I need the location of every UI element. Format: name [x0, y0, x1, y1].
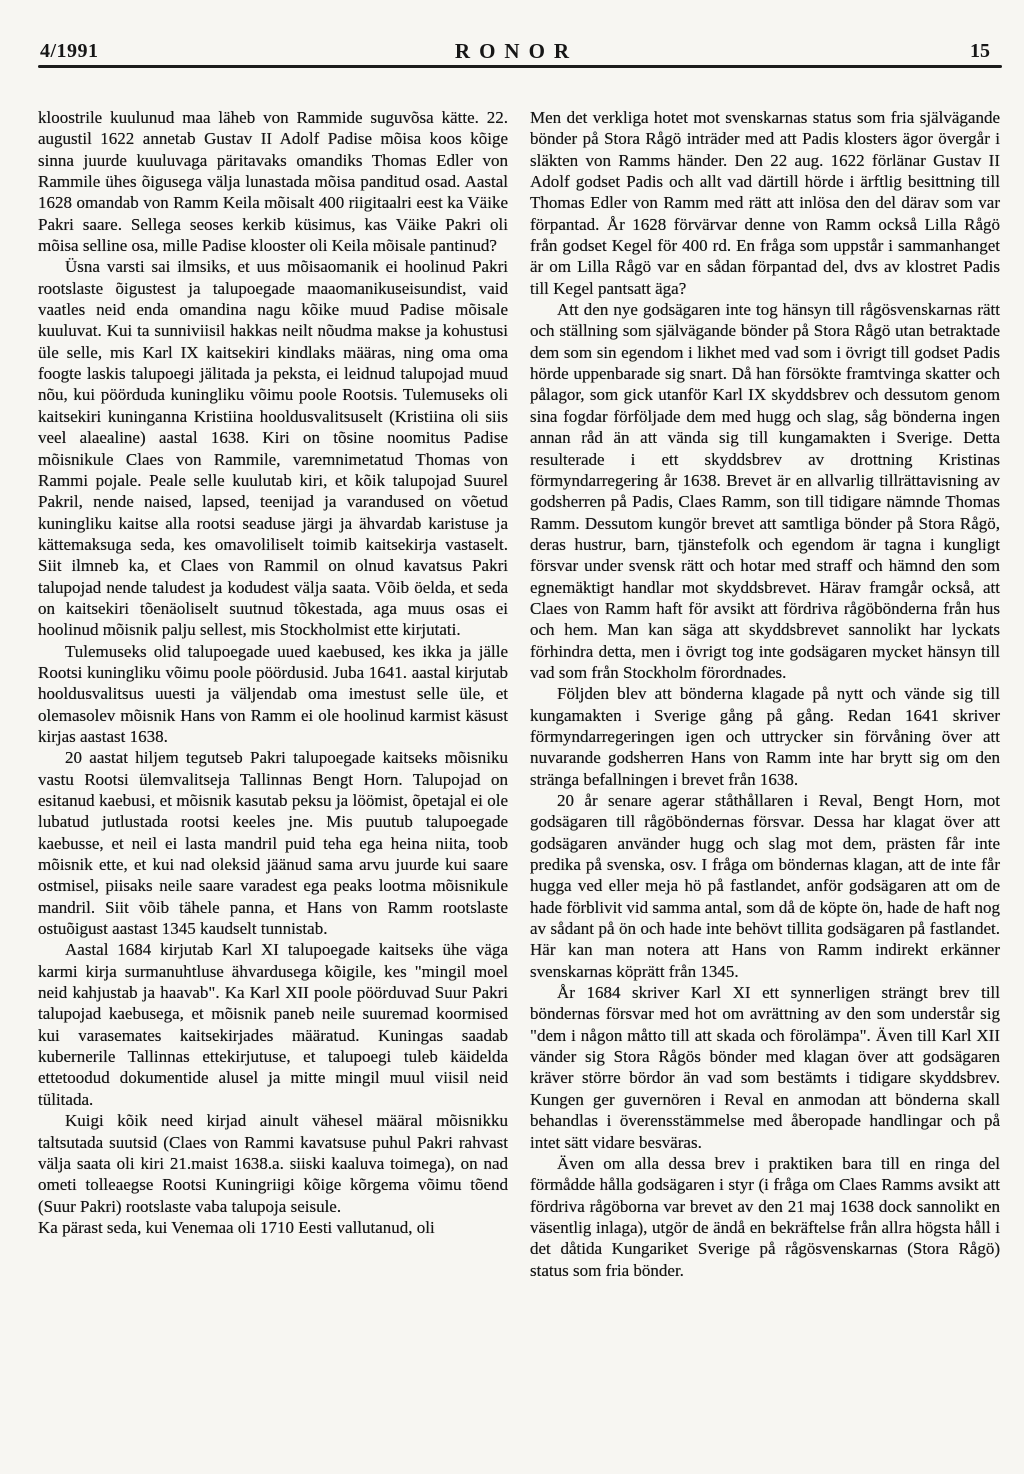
page-header: 4/1991 RONOR 15 — [0, 0, 1024, 70]
paragraph: Även om alla dessa brev i praktiken bara… — [530, 1153, 1000, 1281]
paragraph: Üsna varsti sai ilmsiks, et uus mõisaoma… — [38, 256, 508, 640]
right-column-swedish: Men det verkliga hotet mot svenskarnas s… — [530, 107, 1000, 1281]
paragraph: kloostrile kuulunud maa läheb von Rammid… — [38, 107, 508, 256]
paragraph: Att den nye godsägaren inte tog hänsyn t… — [530, 299, 1000, 683]
scanned-journal-page: 4/1991 RONOR 15 kloostrile kuulunud maa … — [0, 0, 1024, 1474]
journal-title: RONOR — [0, 39, 1024, 64]
paragraph: Kuigi kõik need kirjad ainult vähesel mä… — [38, 1110, 508, 1217]
paragraph: 20 aastat hiljem tegutseb Pakri talupoeg… — [38, 747, 508, 939]
paragraph: År 1684 skriver Karl XI ett synnerligen … — [530, 982, 1000, 1153]
page-number: 15 — [970, 40, 990, 63]
paragraph: Men det verkliga hotet mot svenskarnas s… — [530, 107, 1000, 299]
header-rule — [38, 65, 1002, 68]
paragraph: Följden blev att bönderna klagade på nyt… — [530, 683, 1000, 790]
paragraph: 20 år senare agerar ståthållaren i Reval… — [530, 790, 1000, 982]
paragraph: Ka pärast seda, kui Venemaa oli 1710 Ees… — [38, 1217, 508, 1238]
paragraph: Aastal 1684 kirjutab Karl XI talupoegade… — [38, 939, 508, 1110]
two-column-text-body: kloostrile kuulunud maa läheb von Rammid… — [38, 107, 1000, 1281]
paragraph: Tulemuseks olid talupoegade uued kaebuse… — [38, 641, 508, 748]
left-column-estonian: kloostrile kuulunud maa läheb von Rammid… — [38, 107, 508, 1281]
